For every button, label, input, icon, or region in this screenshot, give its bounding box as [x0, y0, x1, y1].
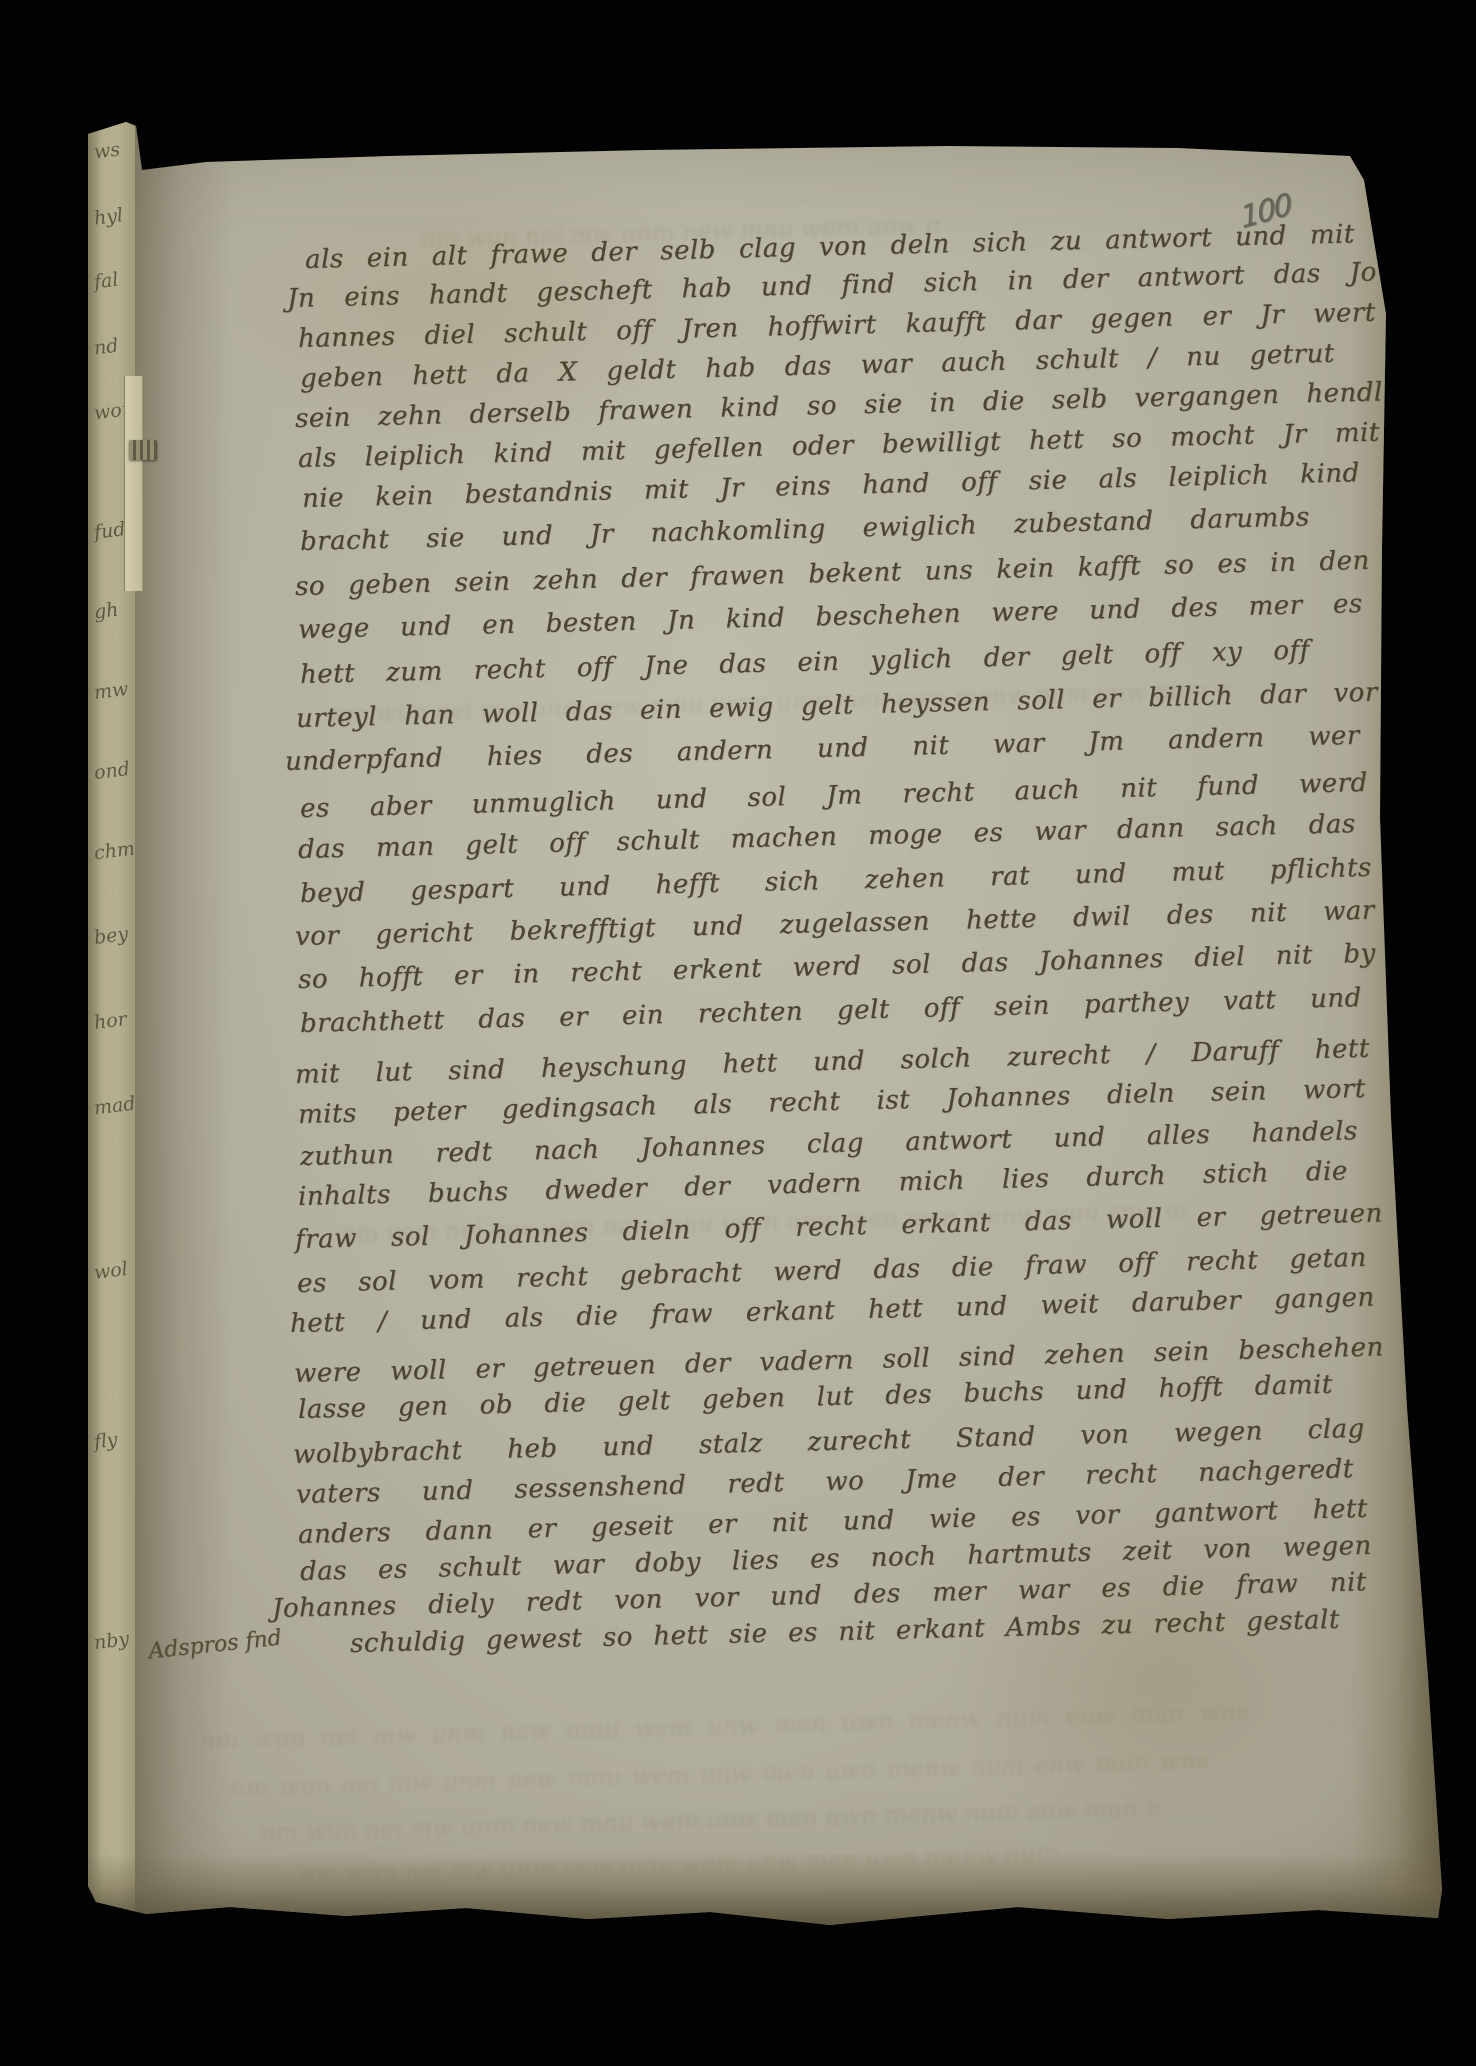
- facing-page-text-fragment: fal: [93, 269, 120, 294]
- facing-page-text-fragment: ws: [93, 138, 122, 163]
- facing-page-text-fragment: mad: [93, 1093, 135, 1120]
- facing-page-text-fragment: fly: [93, 1429, 119, 1454]
- binding-tab: [124, 376, 143, 591]
- facing-page-text-fragment: wol: [93, 1258, 129, 1284]
- facing-page-text-fragment: hyl: [93, 204, 125, 229]
- facing-page-text-fragment: fud: [93, 518, 127, 544]
- manuscript-scan: wshylfalndwonfudghmwondchmbeyhormadwolfl…: [0, 0, 1476, 2066]
- facing-page-text-fragment: hor: [93, 1008, 128, 1034]
- facing-page-text-fragment: chm: [93, 838, 135, 865]
- facing-page-text-fragment: nby: [93, 1628, 131, 1654]
- binding-clasp: [129, 440, 157, 460]
- facing-page-text-fragment: ond: [93, 758, 131, 784]
- facing-page-text-fragment: bey: [93, 923, 130, 949]
- facing-page-text-fragment: mw: [93, 678, 130, 704]
- facing-page-text-fragment: nd: [93, 335, 120, 360]
- facing-page-text-fragment: gh: [93, 599, 120, 624]
